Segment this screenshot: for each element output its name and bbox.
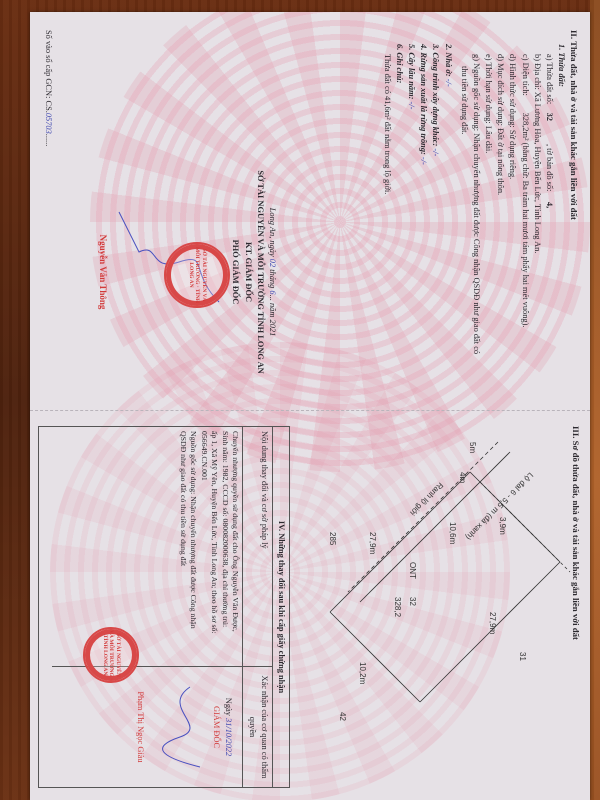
signer-role-2: PHÓ GIÁM ĐỐC	[229, 152, 241, 392]
page-section-2: II. Thửa đất, nhà ở và tài sản khác gắn …	[30, 12, 590, 400]
svg-text:32: 32	[408, 597, 417, 606]
changes-table-header: Nội dung thay đổi và cơ sở pháp lý Xác n…	[242, 427, 271, 787]
svg-text:42: 42	[338, 712, 347, 721]
col-changes-header: Nội dung thay đổi và cơ sở pháp lý	[243, 427, 271, 667]
parcel-line-e: e) Thời hạn sử dụng: Lâu dài.	[482, 30, 494, 380]
svg-text:27,9m: 27,9m	[488, 612, 497, 635]
section-4-heading: IV. Những thay đổi sau khi cấp giấy chứn…	[272, 427, 289, 787]
issuing-agency: SỞ TÀI NGUYÊN VÀ MÔI TRƯỜNG TỈNH LONG AN	[254, 152, 266, 392]
item-planted-forest: 4. Rừng sản xuất là rừng trồng: -/-	[417, 30, 429, 380]
parcel-line-c: c) Diện tích: 328,2m² (bằng chữ: Ba trăm…	[519, 30, 531, 380]
official-seal-top: SỞ TÀI NGUYÊN VÀ MÔI TRƯỜNG · TỈNH LONG …	[164, 242, 230, 308]
parcel-line-a: a) Thửa đất số: 32 , tờ bản đồ số: 4,	[543, 30, 555, 380]
confirmation-date: Ngày 31/10/2022	[222, 671, 234, 783]
changes-table-row: Chuyển nhượng quyền sử dụng đất cho Ông …	[52, 427, 242, 787]
svg-text:31: 31	[518, 652, 527, 661]
item-other-construction: 3. Công trình xây dựng khác: -/-	[429, 30, 441, 380]
issue-date: Long An, ngày 02 tháng 6... năm 2021	[266, 152, 278, 392]
confirmation-cell: Ngày 31/10/2022 GIÁM ĐỐC Phạm Thị Ngọc G…	[52, 667, 242, 787]
parcel-line-b: b) Địa chỉ: Xã Lương Hòa, Huyện Bến Lức,…	[531, 30, 543, 380]
table-surface-edge	[590, 0, 600, 800]
item-notes: 6. Ghi chú:	[393, 30, 405, 380]
signer-role-1: KT. GIÁM ĐỐC	[241, 152, 253, 392]
change-entry: Chuyển nhượng quyền sử dụng đất cho Ông …	[52, 427, 242, 667]
parcel-line-d: d) Hình thức sử dụng: Sử dụng riêng.	[506, 30, 518, 380]
svg-text:3,9m: 3,9m	[498, 517, 507, 535]
certificate-sheet: II. Thửa đất, nhà ở và tài sản khác gắn …	[30, 12, 590, 800]
serial-entry: Số vào sổ cấp GCN: CS.05703......	[42, 30, 54, 146]
confirmation-signer: Phạm Thị Ngọc Giàu	[134, 671, 146, 783]
svg-text:5m: 5m	[468, 442, 477, 453]
official-seal-bottom: SỞ TÀI NGUYÊN VÀ MÔI TRƯỜNG · TỈNH LONG …	[83, 627, 139, 683]
svg-text:285: 285	[328, 532, 337, 546]
changes-table: IV. Những thay đổi sau khi cấp giấy chứn…	[38, 426, 290, 788]
parcel-line-g2: thu tiền sử dụng đất.	[458, 30, 470, 380]
page-section-3-4: III. Sơ đồ thửa đất, nhà ở và tài sản kh…	[30, 412, 590, 800]
signature-scribble-bottom	[150, 677, 210, 777]
note-text: Thửa đất có 41,6m² đất nằm trong lộ giới…	[380, 30, 392, 380]
svg-text:10,2m: 10,2m	[358, 662, 367, 685]
parcel-line-dd: đ) Mục đích sử dụng: Đất ở tại nông thôn…	[494, 30, 506, 380]
item-house: 2. Nhà ở: -/-	[441, 30, 453, 380]
confirmation-role: GIÁM ĐỐC	[210, 671, 222, 783]
svg-text:27,9m: 27,9m	[368, 532, 377, 555]
svg-text:4m: 4m	[458, 472, 467, 483]
signer-name-top: Nguyễn Văn Thông	[96, 152, 109, 392]
svg-text:Ranh lộ giới: Ranh lộ giới	[408, 481, 445, 518]
col-confirmation-header: Xác nhận của cơ quan có thẩm quyền	[243, 667, 271, 787]
svg-text:10,6m: 10,6m	[448, 522, 457, 545]
parcel-heading: 1. Thửa đất:	[555, 30, 567, 380]
svg-text:328,2: 328,2	[393, 597, 402, 618]
fold-line	[30, 410, 590, 411]
svg-text:ONT: ONT	[408, 562, 417, 579]
section-2-heading: II. Thửa đất, nhà ở và tài sản khác gắn …	[567, 30, 580, 380]
item-perennial-trees: 5. Cây lâu năm: -/-	[405, 30, 417, 380]
parcel-line-g: g) Nguồn gốc sử dụng: Nhận chuyển nhượng…	[470, 30, 482, 380]
